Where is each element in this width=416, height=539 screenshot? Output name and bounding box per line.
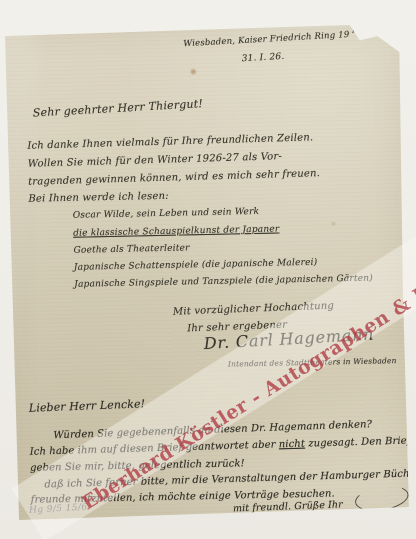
letter-photograph: Wiesbaden, Kaiser Friedrich Ring 19 I 31… — [0, 0, 416, 539]
note-line-2-emphasis: nicht — [279, 439, 306, 451]
lecture-item-4: Japanische Schattenspiele (die japanisch… — [74, 258, 318, 273]
letter-salutation: Sehr geehrter Herr Thiergut! — [32, 97, 203, 119]
lecture-item-2: die klassische Schauspielkunst der Japan… — [73, 224, 279, 238]
letter-body-line-1: Ich danke Ihnen vielmals für Ihre freund… — [27, 132, 313, 151]
dateline-address: Wiesbaden, Kaiser Friedrich Ring 19 I — [183, 29, 355, 49]
closing-line-1: Mit vorzüglicher Hochachtung — [173, 301, 335, 318]
letter-paper: Wiesbaden, Kaiser Friedrich Ring 19 I 31… — [5, 24, 409, 520]
note-closing: mit freundl. Grüße Ihr — [233, 499, 343, 514]
pencil-annotation: Hg 9/5 15/6 — [29, 503, 88, 516]
lecture-item-3: Goethe als Theaterleiter — [73, 243, 189, 255]
foxing-spot-small — [331, 221, 336, 226]
foxing-spot — [190, 68, 197, 75]
dateline-address-text: Wiesbaden, Kaiser Friedrich Ring 19 — [183, 30, 350, 49]
letter-body-line-3: tragenden gewinnen können, wird es mich … — [28, 168, 320, 188]
letter-body-line-4: Bei Ihnen werde ich lesen: — [28, 191, 169, 205]
dateline-date: 31. I. 26. — [241, 52, 284, 64]
lecture-item-5: Japanische Singspiele und Tanzspiele (di… — [74, 274, 373, 290]
note-line-3: geben Sie mir, bitte, gelegentlich zurüc… — [30, 458, 245, 473]
note-salutation: Lieber Herr Lencke! — [29, 397, 146, 414]
note-line-2-pre: Ich habe ihm auf diesen Brief geantworte… — [30, 439, 279, 457]
dateline-floor-superscript: I — [352, 29, 355, 35]
signature-flourish — [353, 482, 410, 514]
letter-body-line-2: Wollen Sie mich für den Winter 1926-27 a… — [28, 151, 283, 170]
signature-title: Intendant des Stadttheaters in Wiesbaden — [228, 356, 397, 369]
note-line-2-post: zugesagt. Den Brief — [305, 435, 411, 449]
lecture-item-1: Oscar Wilde, sein Leben und sein Werk — [73, 207, 260, 221]
